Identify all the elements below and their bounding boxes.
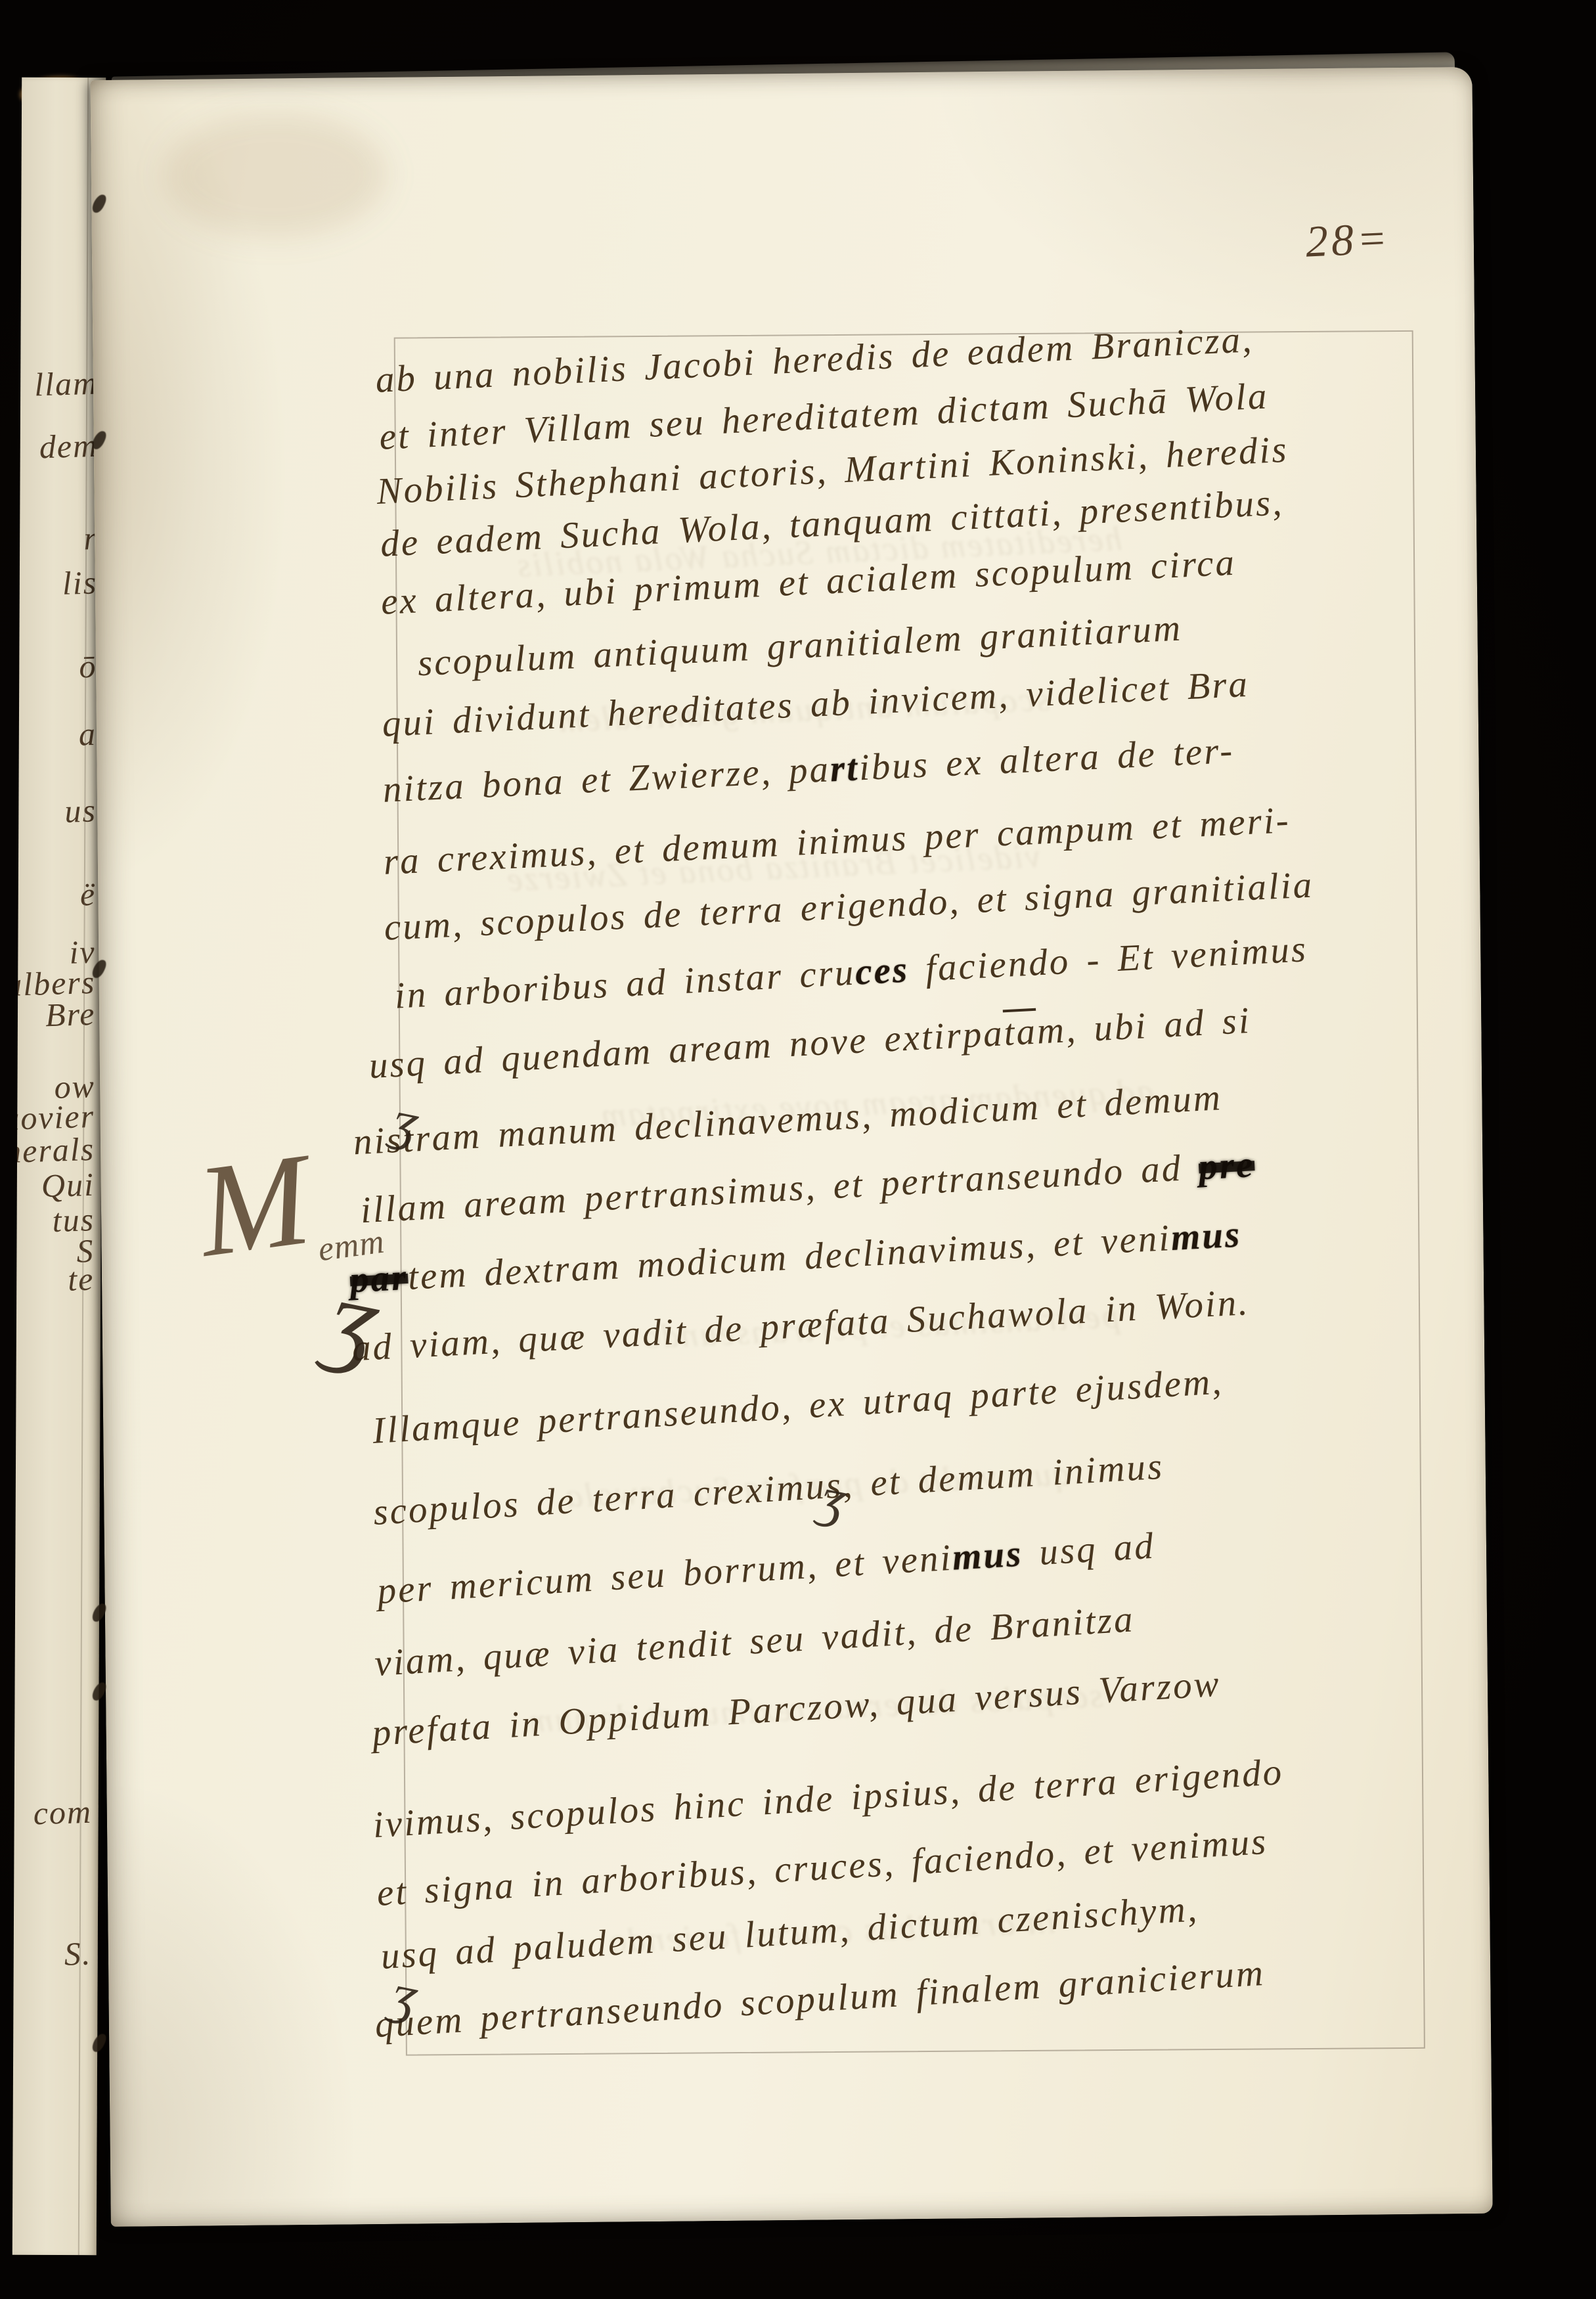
ink-segment: ces <box>854 949 910 993</box>
facing-page-text-fragment: Bre <box>45 994 96 1034</box>
margin-note-initial: M <box>191 1134 317 1278</box>
ink-segment: mus <box>1170 1214 1242 1259</box>
facing-page-text-fragment: S. <box>63 1934 91 1973</box>
ink-segment: mus <box>951 1533 1024 1578</box>
facing-page-text-fragment: ë <box>79 875 97 914</box>
facing-page-text-fragment: ō <box>78 647 97 686</box>
manuscript-page: 28= M emm hereditatem dictam Sucha Wola … <box>90 67 1492 2227</box>
paper-stain <box>163 112 388 238</box>
facing-page-text-fragment: te <box>67 1260 95 1299</box>
ink-segment: pre <box>1198 1144 1256 1188</box>
facing-page-text-fragment: a <box>78 715 97 753</box>
photo-background: llamdemrlisōausëivalbersBreowuovierneral… <box>0 0 1596 2299</box>
facing-page-text-fragment: lis <box>62 563 98 602</box>
ink-segment: rt <box>829 747 860 790</box>
ink-segment: usq ad <box>1021 1525 1156 1574</box>
facing-page-text-fragment: com <box>33 1793 93 1833</box>
facing-page-text-fragment: llam <box>33 364 99 404</box>
facing-page-text-fragment: nerals <box>12 1130 95 1171</box>
facing-page-edge: llamdemrlisōausëivalbersBreowuovierneral… <box>12 78 106 2256</box>
ink-segment: ta <box>1003 1011 1038 1054</box>
facing-page-text-fragment: us <box>64 791 97 830</box>
facing-page-text-fragment: Qui <box>41 1165 95 1205</box>
page-number: 28= <box>1304 212 1391 268</box>
facing-page-text-fragment: dem <box>39 426 99 466</box>
